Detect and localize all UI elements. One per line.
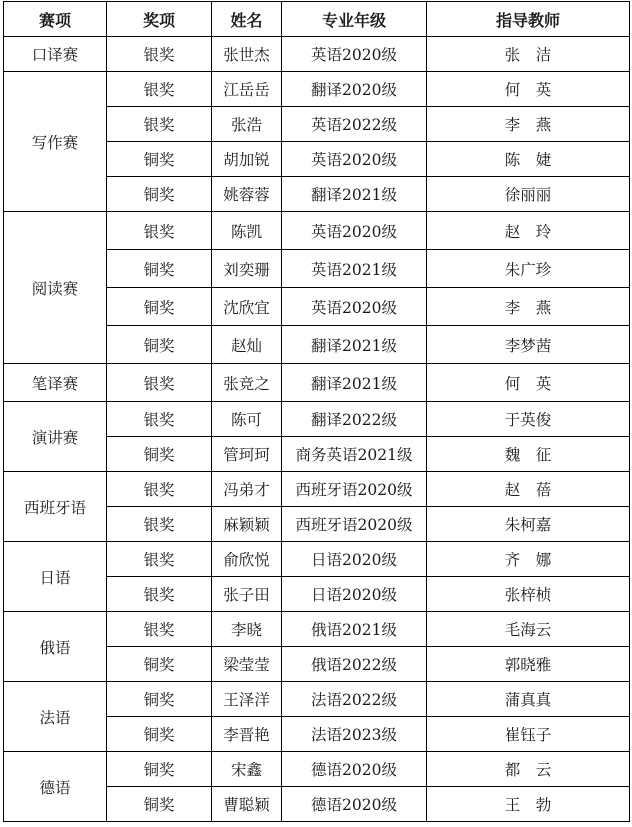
header-name: 姓名: [212, 2, 282, 37]
award-cell: 银奖: [107, 107, 212, 142]
major-cell: 德语2020级: [282, 787, 427, 822]
name-cell: 麻颖颖: [212, 507, 282, 542]
advisor-cell: 崔钰子: [427, 717, 630, 752]
name-cell: 陈凯: [212, 212, 282, 250]
name-cell: 李晋艳: [212, 717, 282, 752]
major-cell: 西班牙语2020级: [282, 507, 427, 542]
event-cell: 西班牙语: [4, 472, 107, 542]
advisor-cell: 郭晓雅: [427, 647, 630, 682]
table-row: 写作赛 银奖 江岳岳 翻译2020级 何 英: [4, 72, 630, 107]
major-cell: 德语2020级: [282, 752, 427, 787]
advisor-cell: 朱柯嘉: [427, 507, 630, 542]
name-cell: 张竞之: [212, 364, 282, 402]
name-cell: 管珂珂: [212, 437, 282, 472]
major-cell: 英语2020级: [282, 288, 427, 326]
advisor-cell: 都 云: [427, 752, 630, 787]
advisor-cell: 于英俊: [427, 402, 630, 437]
name-cell: 张世杰: [212, 37, 282, 72]
advisor-cell: 陈 婕: [427, 142, 630, 177]
award-cell: 铜奖: [107, 647, 212, 682]
award-cell: 铜奖: [107, 142, 212, 177]
table-row: 西班牙语 银奖 冯弟才 西班牙语2020级 赵 蓓: [4, 472, 630, 507]
major-cell: 英语2021级: [282, 250, 427, 288]
header-event: 赛项: [4, 2, 107, 37]
table-row: 演讲赛 银奖 陈可 翻译2022级 于英俊: [4, 402, 630, 437]
header-advisor: 指导教师: [427, 2, 630, 37]
advisor-cell: 赵 玲: [427, 212, 630, 250]
award-cell: 银奖: [107, 577, 212, 612]
event-cell: 写作赛: [4, 72, 107, 212]
awards-table: 赛项 奖项 姓名 专业年级 指导教师 口译赛 银奖 张世杰 英语2020级 张 …: [3, 1, 630, 822]
advisor-cell: 魏 征: [427, 437, 630, 472]
name-cell: 刘奕珊: [212, 250, 282, 288]
advisor-cell: 王 勃: [427, 787, 630, 822]
major-cell: 翻译2020级: [282, 72, 427, 107]
advisor-cell: 齐 娜: [427, 542, 630, 577]
award-cell: 铜奖: [107, 177, 212, 212]
major-cell: 法语2022级: [282, 682, 427, 717]
advisor-cell: 毛海云: [427, 612, 630, 647]
award-cell: 铜奖: [107, 326, 212, 364]
table-row: 口译赛 银奖 张世杰 英语2020级 张 洁: [4, 37, 630, 72]
advisor-cell: 李梦茜: [427, 326, 630, 364]
award-cell: 铜奖: [107, 250, 212, 288]
award-cell: 银奖: [107, 507, 212, 542]
name-cell: 张子田: [212, 577, 282, 612]
event-cell: 法语: [4, 682, 107, 752]
name-cell: 姚蓉蓉: [212, 177, 282, 212]
header-major: 专业年级: [282, 2, 427, 37]
award-cell: 银奖: [107, 612, 212, 647]
award-cell: 铜奖: [107, 288, 212, 326]
event-cell: 阅读赛: [4, 212, 107, 364]
header-award: 奖项: [107, 2, 212, 37]
advisor-cell: 李 燕: [427, 107, 630, 142]
award-cell: 铜奖: [107, 717, 212, 752]
advisor-cell: 何 英: [427, 364, 630, 402]
award-cell: 银奖: [107, 364, 212, 402]
name-cell: 王泽洋: [212, 682, 282, 717]
award-cell: 银奖: [107, 472, 212, 507]
advisor-cell: 何 英: [427, 72, 630, 107]
name-cell: 宋鑫: [212, 752, 282, 787]
name-cell: 江岳岳: [212, 72, 282, 107]
table-row: 阅读赛 银奖 陈凯 英语2020级 赵 玲: [4, 212, 630, 250]
table-row: 俄语 银奖 李晓 俄语2021级 毛海云: [4, 612, 630, 647]
major-cell: 俄语2022级: [282, 647, 427, 682]
major-cell: 俄语2021级: [282, 612, 427, 647]
name-cell: 胡加锐: [212, 142, 282, 177]
award-cell: 银奖: [107, 72, 212, 107]
header-row: 赛项 奖项 姓名 专业年级 指导教师: [4, 2, 630, 37]
major-cell: 日语2020级: [282, 542, 427, 577]
major-cell: 西班牙语2020级: [282, 472, 427, 507]
advisor-cell: 朱广珍: [427, 250, 630, 288]
major-cell: 翻译2021级: [282, 177, 427, 212]
award-cell: 铜奖: [107, 682, 212, 717]
award-cell: 铜奖: [107, 437, 212, 472]
award-cell: 银奖: [107, 402, 212, 437]
award-cell: 银奖: [107, 542, 212, 577]
advisor-cell: 赵 蓓: [427, 472, 630, 507]
major-cell: 英语2020级: [282, 212, 427, 250]
advisor-cell: 张梓桢: [427, 577, 630, 612]
name-cell: 梁莹莹: [212, 647, 282, 682]
event-cell: 德语: [4, 752, 107, 822]
table-row: 德语 铜奖 宋鑫 德语2020级 都 云: [4, 752, 630, 787]
advisor-cell: 蒲真真: [427, 682, 630, 717]
name-cell: 李晓: [212, 612, 282, 647]
award-cell: 铜奖: [107, 787, 212, 822]
table-row: 法语 铜奖 王泽洋 法语2022级 蒲真真: [4, 682, 630, 717]
name-cell: 俞欣悦: [212, 542, 282, 577]
major-cell: 商务英语2021级: [282, 437, 427, 472]
major-cell: 翻译2021级: [282, 364, 427, 402]
event-cell: 笔译赛: [4, 364, 107, 402]
table-row: 日语 银奖 俞欣悦 日语2020级 齐 娜: [4, 542, 630, 577]
name-cell: 沈欣宜: [212, 288, 282, 326]
event-cell: 俄语: [4, 612, 107, 682]
name-cell: 张浩: [212, 107, 282, 142]
advisor-cell: 李 燕: [427, 288, 630, 326]
major-cell: 法语2023级: [282, 717, 427, 752]
major-cell: 英语2020级: [282, 37, 427, 72]
major-cell: 英语2020级: [282, 142, 427, 177]
award-cell: 铜奖: [107, 752, 212, 787]
advisor-cell: 徐丽丽: [427, 177, 630, 212]
event-cell: 日语: [4, 542, 107, 612]
table-row: 笔译赛 银奖 张竞之 翻译2021级 何 英: [4, 364, 630, 402]
name-cell: 曹聪颖: [212, 787, 282, 822]
name-cell: 陈可: [212, 402, 282, 437]
award-cell: 银奖: [107, 212, 212, 250]
name-cell: 赵灿: [212, 326, 282, 364]
major-cell: 翻译2022级: [282, 402, 427, 437]
advisor-cell: 张 洁: [427, 37, 630, 72]
major-cell: 日语2020级: [282, 577, 427, 612]
award-cell: 银奖: [107, 37, 212, 72]
major-cell: 翻译2021级: [282, 326, 427, 364]
event-cell: 演讲赛: [4, 402, 107, 472]
major-cell: 英语2022级: [282, 107, 427, 142]
event-cell: 口译赛: [4, 37, 107, 72]
name-cell: 冯弟才: [212, 472, 282, 507]
